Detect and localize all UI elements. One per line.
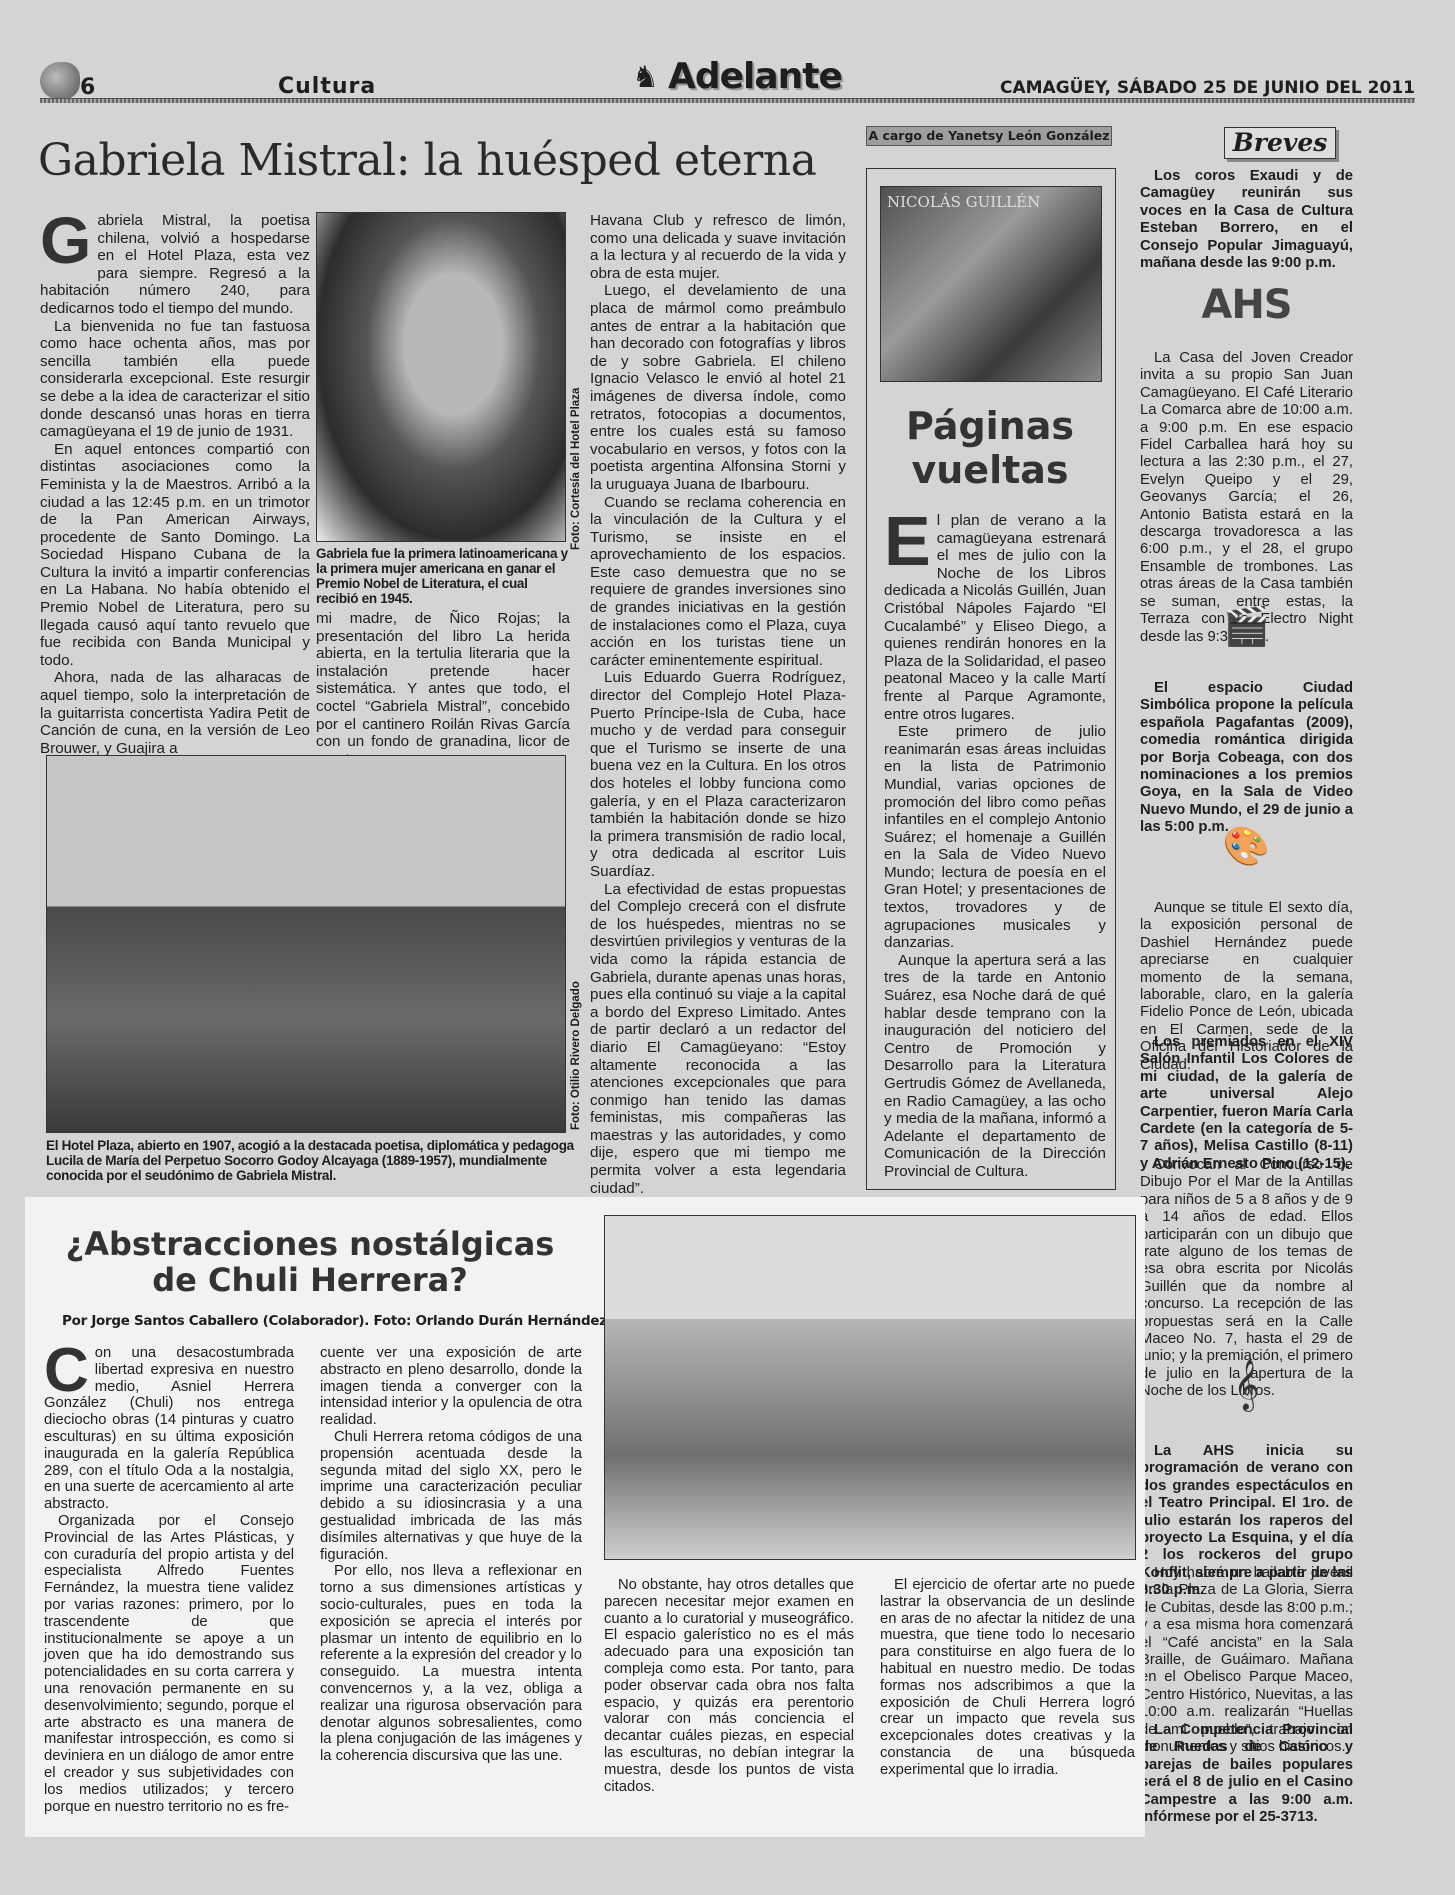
paginas-vueltas-body: El plan de verano a la camagüeyana estre… bbox=[884, 512, 1106, 1181]
dateline: CAMAGÜEY, SÁBADO 25 DE JUNIO DEL 2011 bbox=[1000, 78, 1415, 98]
mistral-col-2: mi madre, de Ñico Rojas; la presentación… bbox=[316, 610, 570, 768]
hotel-caption: El Hotel Plaza, abierto en 1907, acogió … bbox=[46, 1138, 574, 1183]
chuli-col-1: Con una desacostumbrada libertad expresi… bbox=[44, 1345, 294, 1815]
treble-clef-icon: 𝄞 bbox=[1140, 1360, 1353, 1410]
breves-item: Los premiados en el XIV Salón Infantil L… bbox=[1140, 1034, 1353, 1173]
hotel-room-photo bbox=[46, 755, 566, 1133]
mistral-portrait-photo bbox=[316, 212, 566, 542]
page-corner-icon bbox=[40, 62, 80, 100]
article-title-mistral: Gabriela Mistral: la huésped eterna bbox=[38, 135, 816, 186]
photo-credit: Foto: Otilio Rivero Delgado bbox=[570, 980, 582, 1130]
masthead-rule bbox=[40, 98, 1415, 103]
breves-item: El espacio Ciudad Simbólica propone la p… bbox=[1140, 680, 1353, 837]
ahs-logo: AHS bbox=[1140, 282, 1353, 328]
paginas-vueltas-title: Páginas vueltas bbox=[870, 404, 1110, 492]
quixote-logo-icon: ♞ bbox=[632, 60, 659, 95]
page-number: 6 bbox=[80, 75, 95, 100]
portrait-caption: Gabriela fue la primera latinoamericana … bbox=[316, 546, 570, 606]
article-title-chuli: ¿Abstracciones nostálgicas de Chuli Herr… bbox=[40, 1226, 580, 1298]
breves-item: La Casa del Joven Creador invita a su pr… bbox=[1140, 350, 1353, 646]
column-byline: A cargo de Yanetsy León González bbox=[866, 126, 1112, 146]
mistral-col-1: Gabriela Mistral, la poetisa chilena, vo… bbox=[40, 212, 310, 757]
palette-icon: 🎨 bbox=[1140, 825, 1353, 869]
gallery-exhibition-photo bbox=[604, 1215, 1136, 1560]
chuli-col-2: cuente ver una exposición de arte abstra… bbox=[320, 1345, 582, 1765]
breves-item: La Competencia Provincial de Ruedas de C… bbox=[1140, 1722, 1353, 1826]
clapperboard-icon: 🎬 bbox=[1140, 605, 1353, 649]
guillen-book-photo: NICOLÁS GUILLÉN bbox=[880, 186, 1102, 382]
dropcap: C bbox=[44, 1347, 89, 1395]
breves-item: Los coros Exaudi y de Camagüey reunirán … bbox=[1140, 168, 1353, 272]
chuli-col-4: El ejercicio de ofertar arte no puede la… bbox=[880, 1577, 1135, 1779]
mistral-col-3: Havana Club y refresco de limón, como un… bbox=[590, 212, 846, 1197]
dropcap: E bbox=[884, 514, 931, 568]
chuli-col-3: No obstante, hay otros detalles que pare… bbox=[604, 1577, 854, 1795]
breves-tag: Breves bbox=[1224, 127, 1336, 159]
photo-credit: Foto: Cortesía del Hotel Plaza bbox=[570, 370, 582, 550]
dropcap: G bbox=[40, 214, 91, 266]
section-title: Cultura bbox=[278, 74, 376, 99]
newspaper-logo: Adelante bbox=[668, 56, 842, 97]
article-byline: Por Jorge Santos Caballero (Colaborador)… bbox=[62, 1313, 607, 1329]
